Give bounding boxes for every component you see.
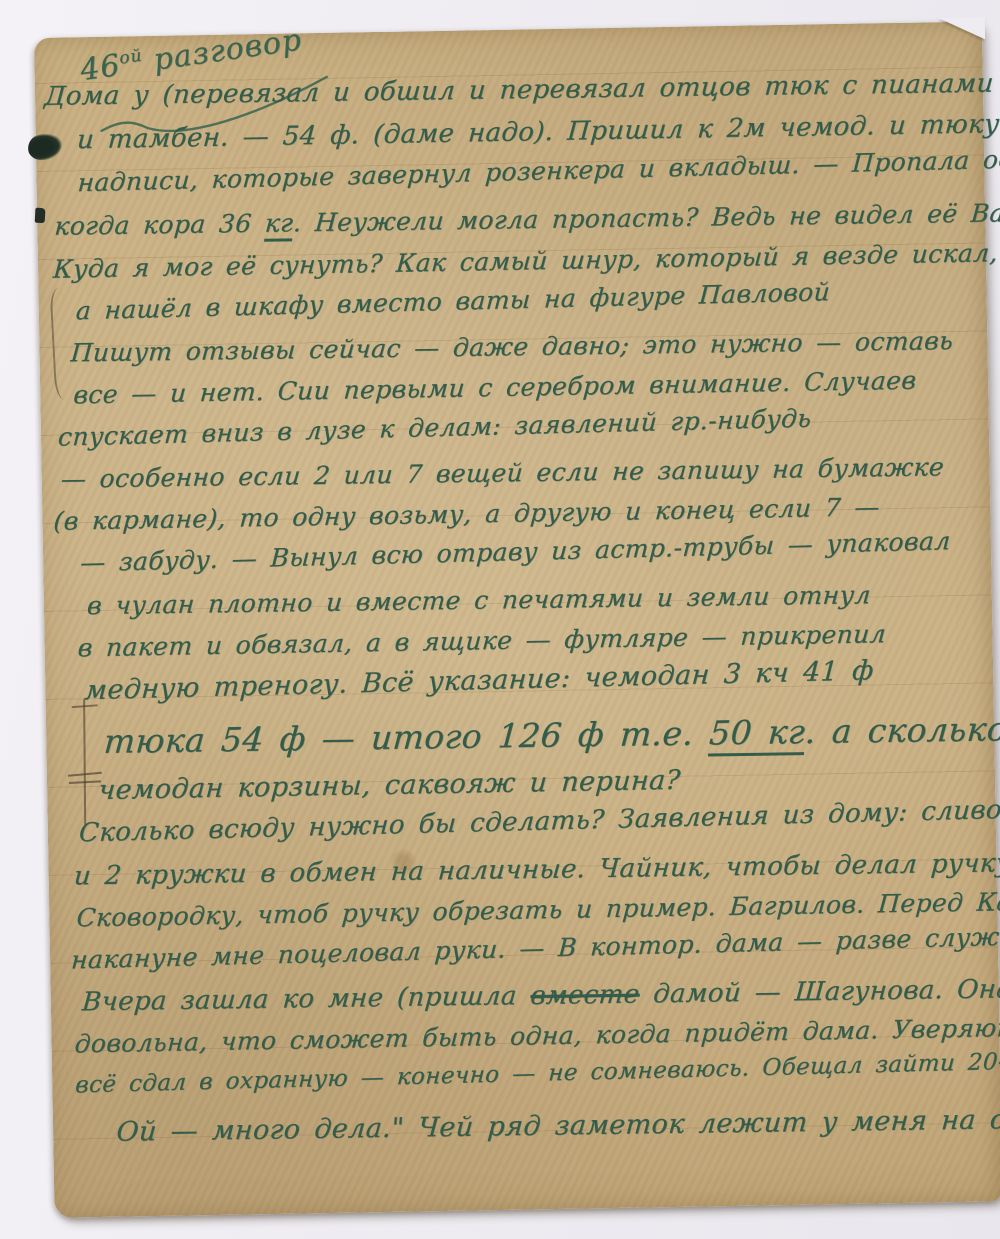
handwriting-line: а нашёл в шкафу вместо ваты на фигуре Па… <box>75 279 831 324</box>
handwriting-line: все — и нет. Сии первыми с серебром вним… <box>72 368 917 409</box>
handwriting-line: довольна, что сможет быть одна, когда пр… <box>74 1014 1000 1058</box>
scanned-page: 46ой разговор Дома у (перевязал и обшил … <box>0 0 1000 1239</box>
handwriting-line: спускает вниз в лузе к делам: заявлений … <box>57 406 812 451</box>
handwriting-line: (в кармане), то одну возьму, а другую и … <box>53 494 881 535</box>
handwriting-line: Ой — много дела." Чей ряд заметок лежит … <box>115 1106 1000 1148</box>
struck-text: вместе <box>529 980 640 1012</box>
handwriting-line: — особенно если 2 или 7 вещей если не за… <box>60 454 945 493</box>
handwriting-line: медную треногу. Всё указание: чемодан 3 … <box>84 657 875 705</box>
handwriting-line: Вчера зашла ко мне (пришла вместе дамой … <box>81 975 1000 1017</box>
handwriting-line: Дома у (перевязал и обшил и перевязал от… <box>43 71 994 112</box>
underlined-text: 50 кг <box>708 712 807 756</box>
handwriting-line: когда кора 36 кг. Неужели могла пропасть… <box>54 200 1000 240</box>
handwriting-line: и 2 кружки в обмен на наличные. Чайник, … <box>73 850 1000 891</box>
handwriting-line: надписи, которые завернул розенкера и вк… <box>77 146 1000 197</box>
manuscript-paper: 46ой разговор Дома у (перевязал и обшил … <box>34 21 1000 1217</box>
handwriting-line: в чулан плотно и вместе с печатями и зем… <box>86 582 872 619</box>
handwriting-line: — забуду. — Вынул всю отраву из астр.-тр… <box>79 528 951 576</box>
handwriting-line: в пакет и обвязал, а в ящике — футляре —… <box>77 621 887 661</box>
handwriting-line: Куда я мог её сунуть? Как самый шнур, ко… <box>52 240 999 283</box>
handwriting-line: Пишут отзывы сейчас — даже давно; это ну… <box>70 328 954 367</box>
manuscript-text: Дома у (перевязал и обшил и перевязал от… <box>34 21 1000 1217</box>
handwriting-line: тюка 54 ф — итого 126 ф т.е. 50 кг. а ск… <box>103 709 1000 759</box>
underlined-text: кг <box>264 208 295 241</box>
handwriting-line: чемодан корзины, саквояж и перина? <box>97 767 681 806</box>
